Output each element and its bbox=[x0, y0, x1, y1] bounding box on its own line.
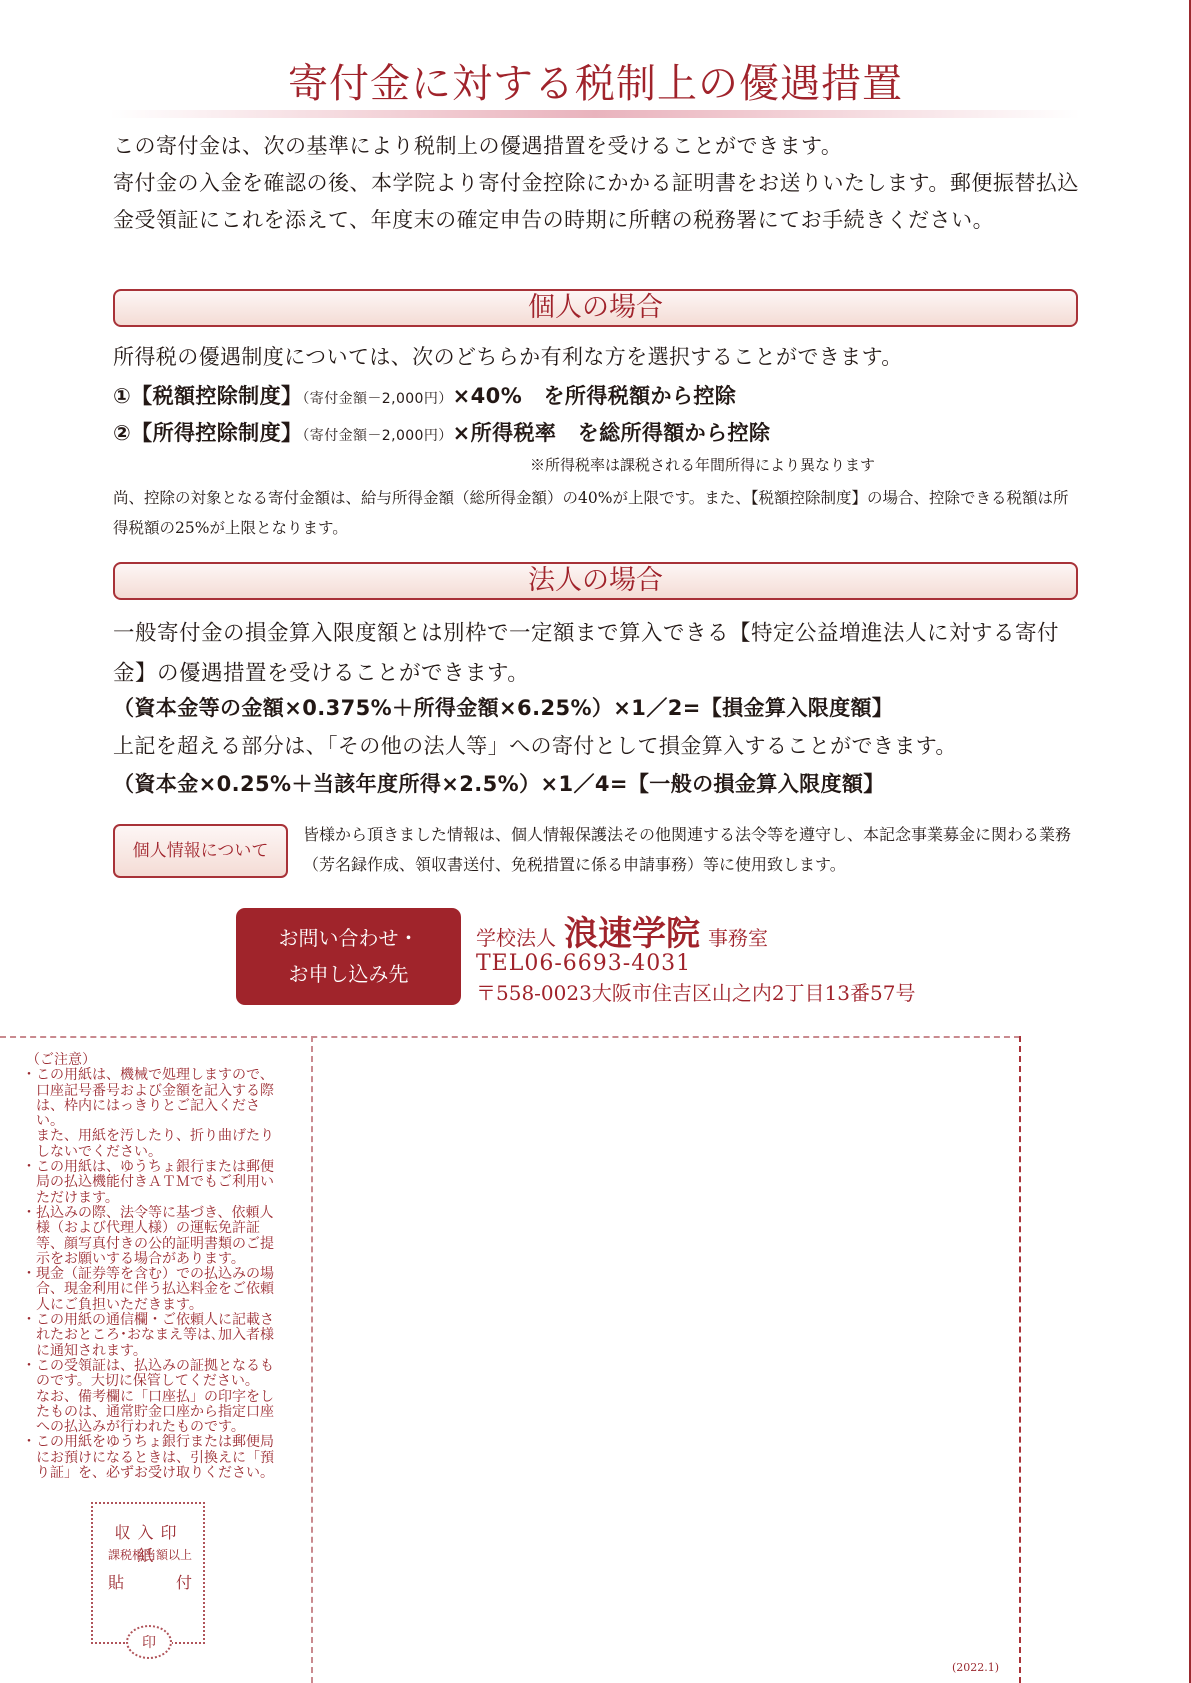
caution-item: ・現金（証券等を含む）での払込みの場合、現金利用に伴う払込料金をご依頼人にご負担… bbox=[22, 1267, 282, 1313]
page-title: 寄付金に対する税制上の優遇措置 bbox=[0, 52, 1191, 109]
corporate-lead: 一般寄付金の損金算入限度額とは別枠で一定額まで算入できる【特定公益増進法人に対す… bbox=[113, 614, 1083, 694]
contact-label-line-2: お申し込み先 bbox=[236, 956, 461, 992]
caution-notes: （ご注意） ・この用紙は、機械で処理しますので、口座記号番号および金額を記入する… bbox=[22, 1053, 282, 1481]
section-heading-individual: 個人の場合 bbox=[113, 289, 1078, 327]
individual-fine-print: 尚、控除の対象となる寄付金額は、給与所得金額（総所得金額）の40%が上限です。ま… bbox=[113, 483, 1083, 543]
contact-label-box: お問い合わせ・ お申し込み先 bbox=[236, 908, 461, 1005]
option-2-label: ②【所得控除制度】 bbox=[113, 421, 302, 445]
org-suffix: 事務室 bbox=[708, 926, 768, 950]
seal-mark: 印 bbox=[126, 1625, 172, 1659]
individual-option-1: ①【税額控除制度】（寄付金額－2,000円）×40% を所得税額から控除 bbox=[113, 381, 736, 414]
privacy-text: 皆様から頂きました情報は、個人情報保護法その他関連する法令等を遵守し、本記念事業… bbox=[303, 820, 1093, 880]
option-1-paren: （寄付金額－2,000円） bbox=[302, 391, 452, 407]
slip-right-border bbox=[1019, 1036, 1021, 1683]
privacy-label: 個人情報について bbox=[113, 824, 288, 878]
stamp-affix-right: 付 bbox=[176, 1570, 192, 1593]
corporate-formula-2: （資本金×0.25%＋当該年度所得×2.5%）×1／4=【一般の損金算入限度額】 bbox=[113, 769, 885, 799]
contact-phone: TEL06-6693-4031 bbox=[476, 951, 691, 976]
contact-address: 〒558-0023大阪市住吉区山之内2丁目13番57号 bbox=[476, 977, 915, 1006]
caution-item: ・払込みの際、法令等に基づき、依頼人様（および代理人様）の運転免許証等、顔写真付… bbox=[22, 1206, 282, 1267]
caution-item: ・この用紙の通信欄・ご依頼人に記載されたおところ･おなまえ等は､加入者様に通知さ… bbox=[22, 1313, 282, 1359]
contact-label-line-1: お問い合わせ・ bbox=[236, 920, 461, 956]
intro-line-1: この寄付金は、次の基準により税制上の優遇措置を受けることができます。 bbox=[113, 128, 1083, 165]
organization-name: 学校法人浪速学院事務室 bbox=[476, 906, 768, 955]
stamp-affix-left: 貼 bbox=[108, 1570, 124, 1593]
slip-divider bbox=[311, 1036, 313, 1683]
individual-option-2: ②【所得控除制度】（寄付金額－2,000円）×所得税率 を総所得額から控除 bbox=[113, 418, 770, 451]
individual-lead: 所得税の優遇制度については、次のどちらか有利な方を選択することができます。 bbox=[113, 342, 903, 372]
caution-item: ・この用紙は、機械で処理しますので、口座記号番号および金額を記入する際は、枠内に… bbox=[22, 1068, 282, 1129]
tax-rate-note: ※所得税率は課税される年間所得により異なります bbox=[530, 454, 875, 476]
stamp-affix-label: 貼 付 bbox=[108, 1570, 192, 1593]
option-2-paren: （寄付金額－2,000円） bbox=[302, 428, 452, 444]
org-name: 浪速学院 bbox=[564, 914, 700, 954]
section-heading-corporate: 法人の場合 bbox=[113, 562, 1078, 600]
option-1-label: ①【税額控除制度】 bbox=[113, 384, 302, 408]
intro-line-2: 寄付金の入金を確認の後、本学院より寄付金控除にかかる証明書をお送りいたします。郵… bbox=[113, 165, 1083, 239]
org-prefix: 学校法人 bbox=[476, 926, 556, 950]
caution-item-cont: また、用紙を汚したり、折り曲げたりしないでください。 bbox=[22, 1129, 282, 1160]
slip-top-border bbox=[0, 1036, 1020, 1038]
option-1-formula: ×40% を所得税額から控除 bbox=[453, 384, 736, 408]
title-underline bbox=[110, 110, 1080, 118]
caution-item: ・この用紙をゆうちょ銀行または郵便局にお預けになるときは、引換えに「預り証」を、… bbox=[22, 1435, 282, 1481]
caution-item: ・この受領証は、払込みの証拠となるものです。大切に保管してください。 bbox=[22, 1359, 282, 1390]
option-2-formula: ×所得税率 を総所得額から控除 bbox=[453, 421, 771, 445]
stamp-sublabel: 課税相当額以上 bbox=[104, 1546, 196, 1563]
caution-item: ・この用紙は、ゆうちょ銀行または郵便局の払込機能付きＡＴＭでもご利用いただけます… bbox=[22, 1160, 282, 1206]
caution-heading: （ご注意） bbox=[26, 1053, 282, 1068]
corporate-formula-1: （資本金等の金額×0.375%＋所得金額×6.25%）×1／2=【損金算入限度額… bbox=[113, 693, 893, 723]
corporate-middle-text: 上記を超える部分は、「その他の法人等」への寄付として損金算入することができます。 bbox=[113, 731, 957, 761]
version-date: (2022.1) bbox=[952, 1661, 999, 1674]
caution-item-cont: なお、備考欄に「口座払」の印字をしたものは、通常貯金口座から指定口座への払込みが… bbox=[22, 1390, 282, 1436]
